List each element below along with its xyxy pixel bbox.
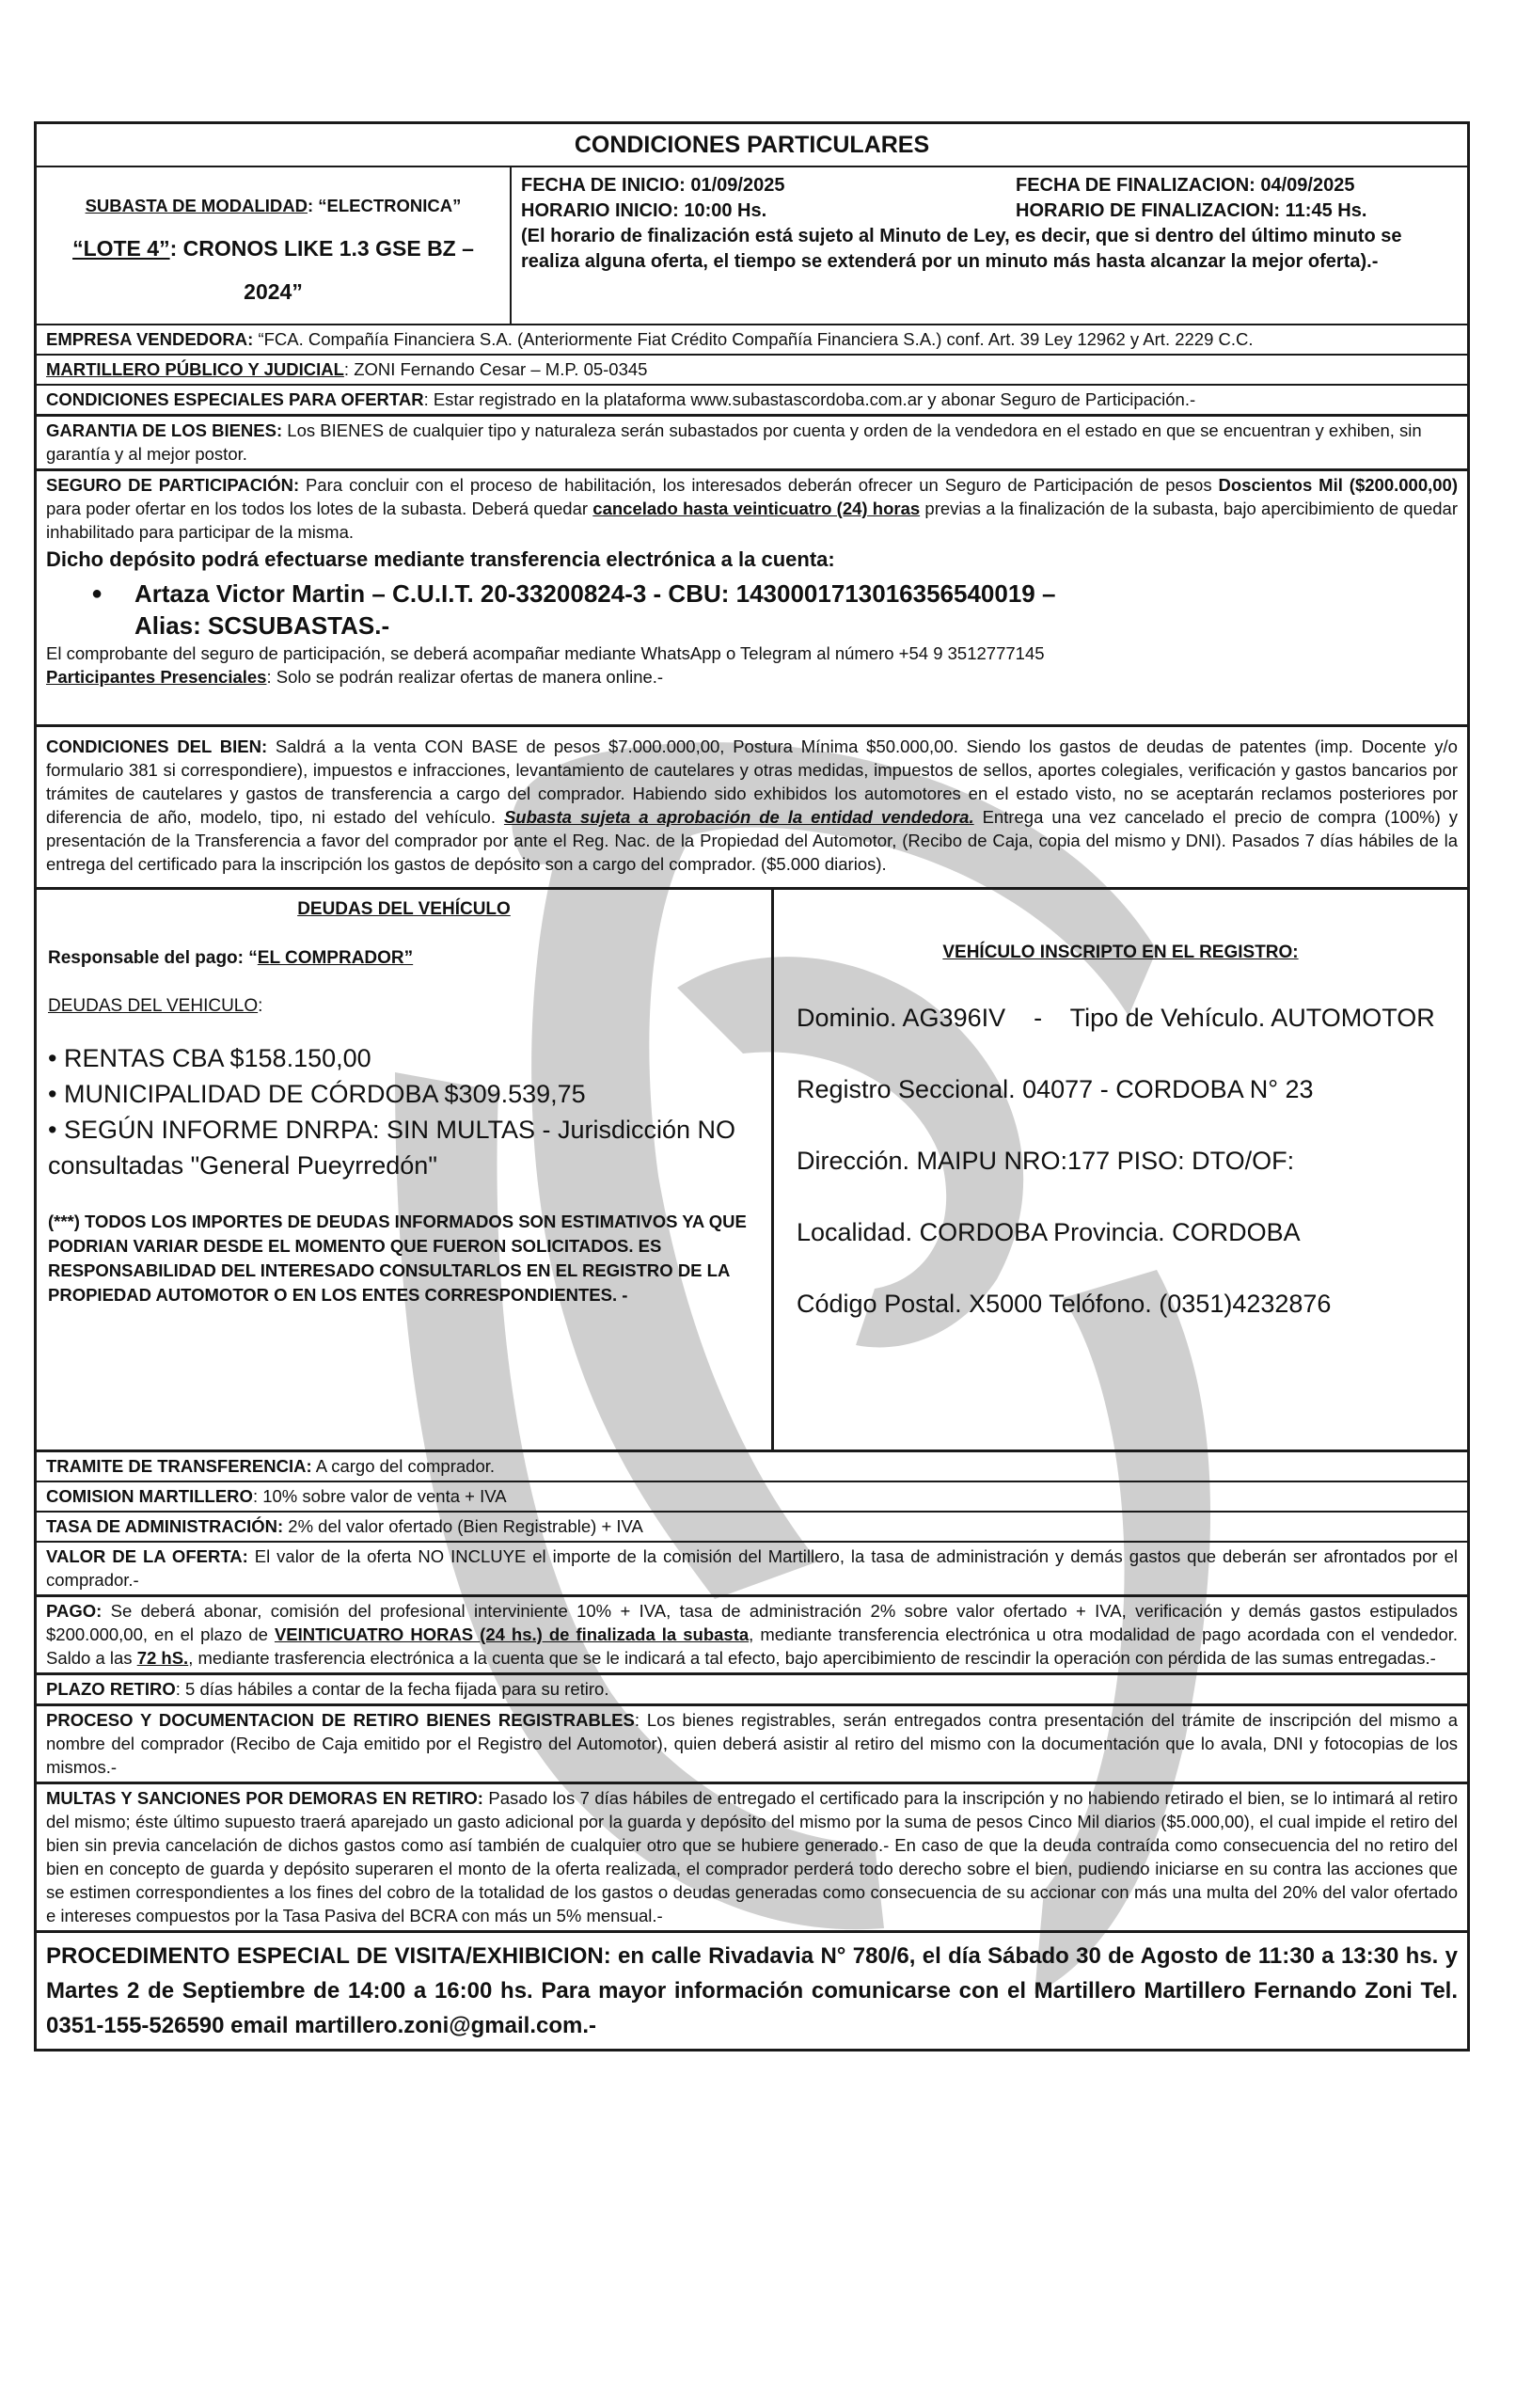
seller-company: EMPRESA VENDEDORA: “FCA. Compañía Financ… [37, 325, 1467, 356]
debts-subtitle: DEUDAS DEL VEHICULO: [48, 994, 760, 1018]
vehicle-section: DEUDAS DEL VEHÍCULO Responsable del pago… [37, 890, 1467, 1452]
bank-account: ● Artaza Victor Martin – C.U.I.T. 20-332… [91, 578, 1458, 642]
pickup-documentation: PROCESO Y DOCUMENTACION DE RETIRO BIENES… [37, 1706, 1467, 1784]
participation-insurance: SEGURO DE PARTICIPACIÓN: Para concluir c… [37, 471, 1467, 727]
lot-summary: SUBASTA DE MODALIDAD: “ELECTRONICA” “LOT… [37, 167, 512, 324]
in-person-participants: Participantes Presenciales: Solo se podr… [46, 665, 1458, 689]
debts-disclaimer: (***) TODOS LOS IMPORTES DE DEUDAS INFOR… [48, 1210, 760, 1307]
minute-rule-note: (El horario de finalización está sujeto … [521, 224, 1458, 275]
vehicle-debts: DEUDAS DEL VEHÍCULO Responsable del pago… [37, 890, 774, 1450]
end-date: FECHA DE FINALIZACION: 04/09/2025 [1016, 173, 1429, 198]
auctioneer-commission: COMISION MARTILLERO: 10% sobre valor de … [37, 1482, 1467, 1513]
registry-postal-phone: Código Postal. X5000 Telófono. (0351)423… [785, 1286, 1456, 1322]
bullet-icon: ● [91, 578, 134, 642]
registry-address: Dirección. MAIPU NRO:177 PISO: DTO/OF: [785, 1143, 1456, 1179]
debt-item: SEGÚN INFORME DNRPA: SIN MULTAS - Jurisd… [48, 1112, 760, 1183]
end-time: HORARIO DE FINALIZACION: 11:45 Hs. [1016, 198, 1429, 224]
transfer-procedure: TRAMITE DE TRANSFERENCIA: A cargo del co… [37, 1452, 1467, 1482]
start-date: FECHA DE INICIO: 01/09/2025 [521, 173, 784, 198]
payment-terms: PAGO: Se deberá abonar, comisión del pro… [37, 1597, 1467, 1675]
registry-locality: Localidad. CORDOBA Provincia. CORDOBA [785, 1214, 1456, 1250]
pickup-deadline: PLAZO RETIRO: 5 días hábiles a contar de… [37, 1675, 1467, 1706]
registry-office: Registro Seccional. 04077 - CORDOBA N° 2… [785, 1071, 1456, 1107]
late-pickup-penalties: MULTAS Y SANCIONES POR DEMORAS EN RETIRO… [37, 1784, 1467, 1933]
registry-title: VEHÍCULO INSCRIPTO EN EL REGISTRO: [785, 941, 1456, 964]
bidding-conditions: CONDICIONES ESPECIALES PARA OFERTAR: Est… [37, 386, 1467, 417]
document-title: CONDICIONES PARTICULARES [37, 124, 1467, 167]
receipt-instructions: El comprobante del seguro de participaci… [46, 642, 1458, 665]
deposit-heading: Dicho depósito podrá efectuarse mediante… [46, 546, 1458, 574]
debt-item: RENTAS CBA $158.150,00 [48, 1040, 760, 1076]
goods-conditions: CONDICIONES DEL BIEN: Saldrá a la venta … [37, 727, 1467, 890]
debts-title: DEUDAS DEL VEHÍCULO [48, 897, 760, 922]
auction-header: SUBASTA DE MODALIDAD: “ELECTRONICA” “LOT… [37, 167, 1467, 325]
auctioneer: MARTILLERO PÚBLICO Y JUDICIAL: ZONI Fern… [37, 356, 1467, 386]
visit-procedure: PROCEDIMENTO ESPECIAL DE VISITA/EXHIBICI… [37, 1933, 1467, 2049]
admin-fee: TASA DE ADMINISTRACIÓN: 2% del valor ofe… [37, 1513, 1467, 1543]
auction-modality: SUBASTA DE MODALIDAD: “ELECTRONICA” [86, 194, 462, 217]
auction-schedule: FECHA DE INICIO: 01/09/2025FECHA DE FINA… [512, 167, 1467, 324]
vehicle-registry: VEHÍCULO INSCRIPTO EN EL REGISTRO: Domin… [774, 890, 1467, 1450]
conditions-document: CONDICIONES PARTICULARES SUBASTA DE MODA… [34, 121, 1470, 2052]
offer-value: VALOR DE LA OFERTA: El valor de la ofert… [37, 1543, 1467, 1597]
goods-guarantee: GARANTIA DE LOS BIENES: Los BIENES de cu… [37, 417, 1467, 471]
debt-list: RENTAS CBA $158.150,00 MUNICIPALIDAD DE … [48, 1040, 760, 1183]
lot-title: “LOTE 4”: CRONOS LIKE 1.3 GSE BZ –2024” [72, 227, 474, 313]
start-time: HORARIO INICIO: 10:00 Hs. [521, 198, 766, 224]
debt-item: MUNICIPALIDAD DE CÓRDOBA $309.539,75 [48, 1076, 760, 1112]
payment-responsible: Responsable del pago: “EL COMPRADOR” [48, 946, 760, 970]
registry-domain: Dominio. AG396IV - Tipo de Vehículo. AUT… [785, 1000, 1456, 1036]
